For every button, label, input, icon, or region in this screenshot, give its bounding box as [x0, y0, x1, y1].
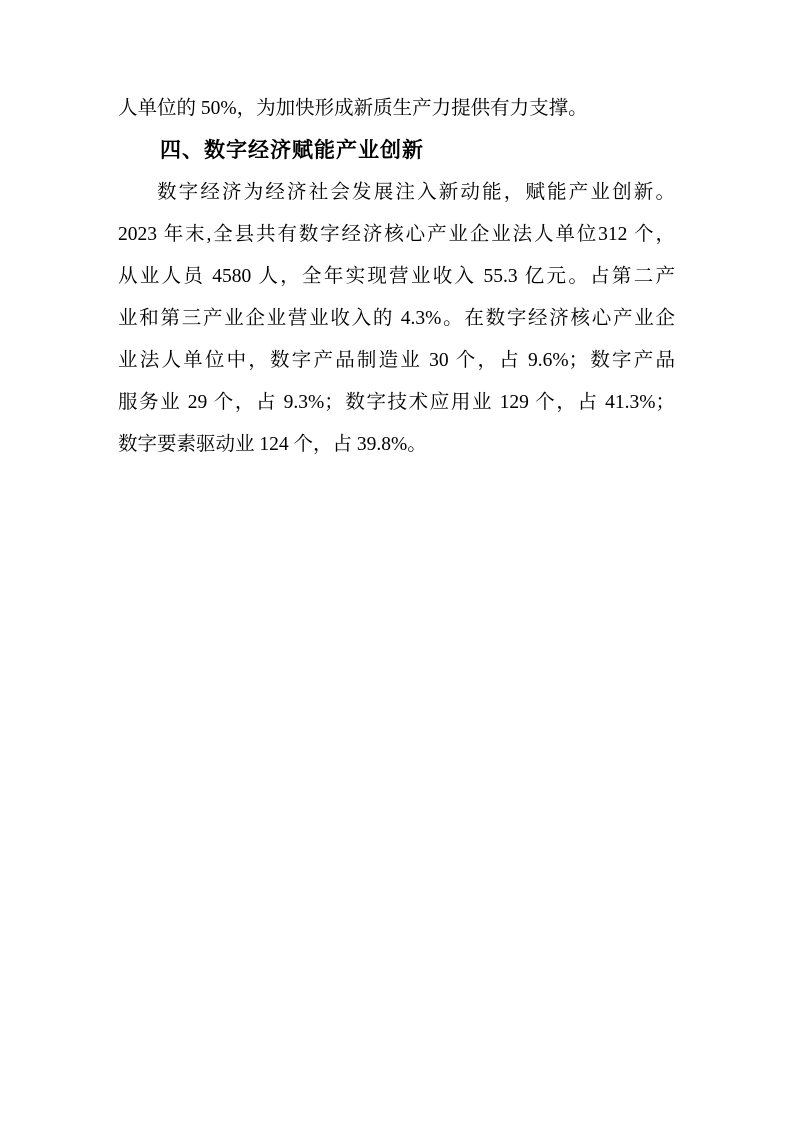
text-line: 人单位的 50%，为加快形成新质生产力提供有力支撑。	[118, 88, 675, 130]
text-line: 数字经济为经济社会发展注入新动能，赋能产业创新。	[118, 172, 675, 214]
text-line: 数字要素驱动业 124 个，占 39.8%。	[118, 424, 675, 466]
text-line: 从业人员 4580 人，全年实现营业收入 55.3 亿元。占第二产	[118, 256, 675, 298]
section-heading: 四、数字经济赋能产业创新	[118, 130, 675, 172]
text-line: 业法人单位中，数字产品制造业 30 个，占 9.6%；数字产品	[118, 340, 675, 382]
text-line: 服务业 29 个，占 9.3%；数字技术应用业 129 个，占 41.3%；	[118, 382, 675, 424]
text-line: 2023 年末,全县共有数字经济核心产业企业法人单位312 个，	[118, 214, 675, 256]
document-page: 人单位的 50%，为加快形成新质生产力提供有力支撑。四、数字经济赋能产业创新数字…	[0, 0, 793, 1122]
document-body: 人单位的 50%，为加快形成新质生产力提供有力支撑。四、数字经济赋能产业创新数字…	[118, 88, 675, 466]
text-line: 业和第三产业企业营业收入的 4.3%。在数字经济核心产业企	[118, 298, 675, 340]
